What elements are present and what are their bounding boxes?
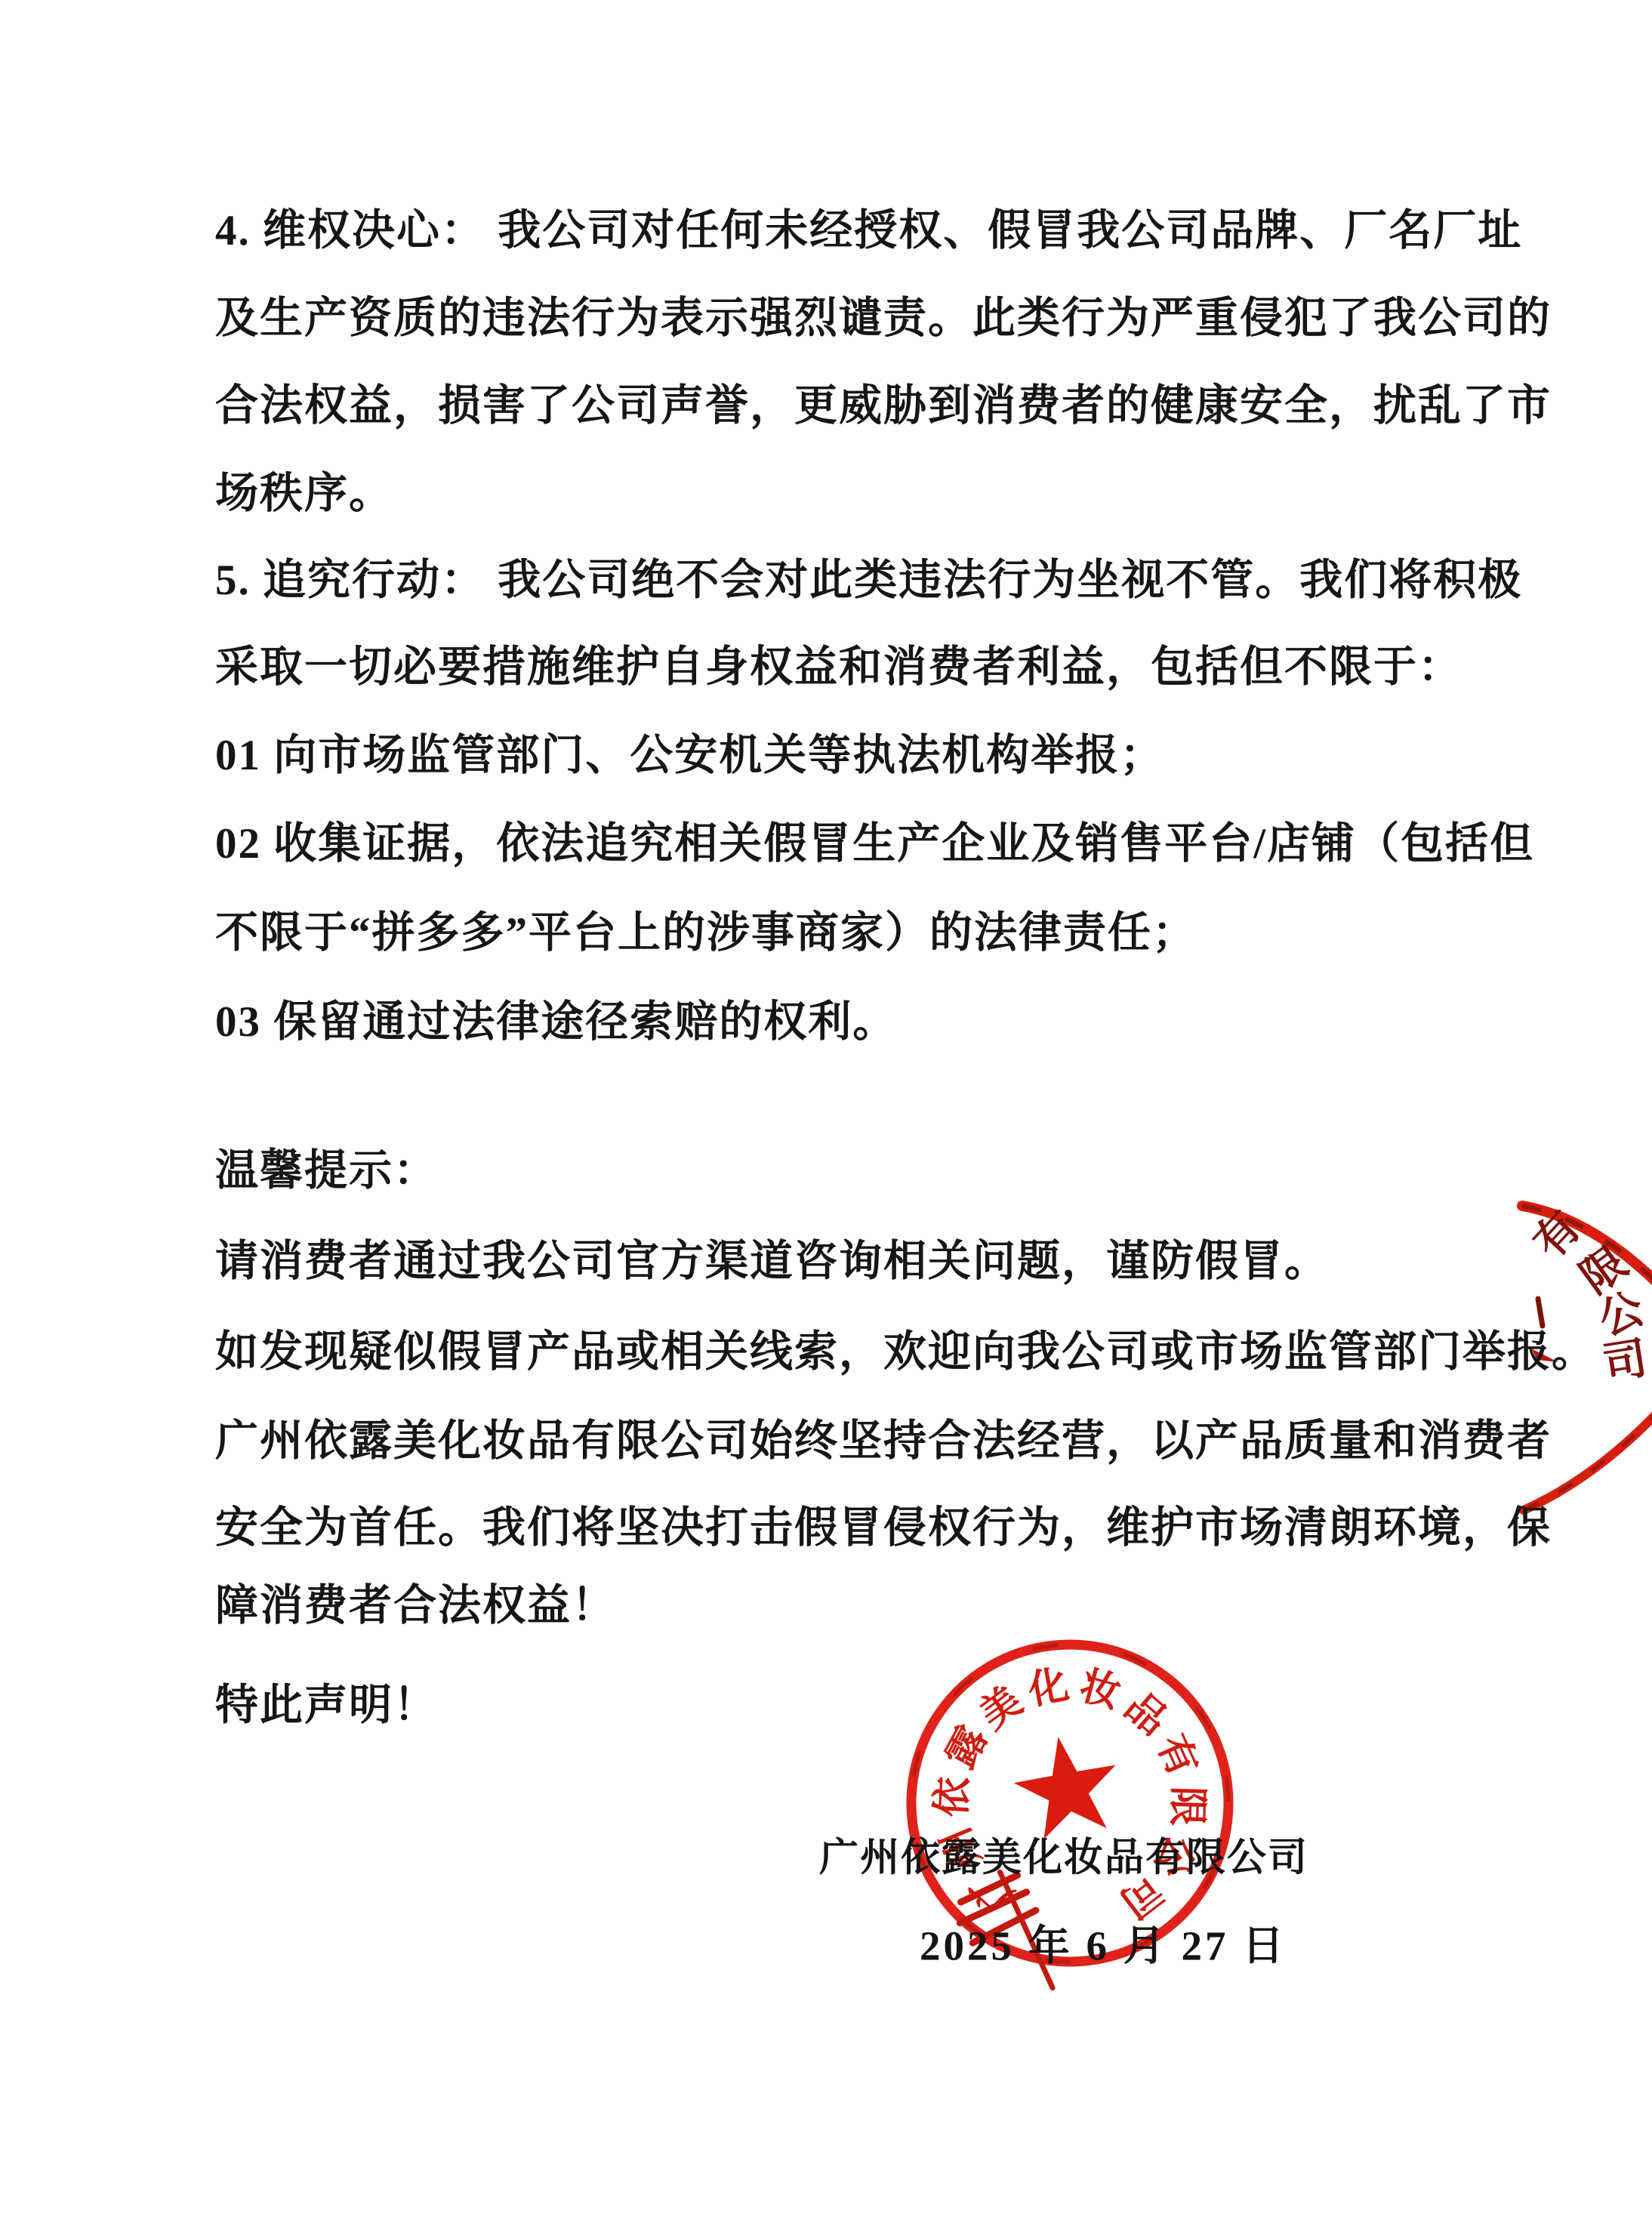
- list-item-02-wrap: 不限于“拼多多”平台上的涉事商家）的法律责任；: [215, 898, 1197, 960]
- tips-line: 广州依露美化妆品有限公司始终坚持合法经营，以产品质量和消费者: [215, 1406, 1552, 1468]
- paragraph-line: 合法权益，损害了公司声誉，更威胁到消费者的健康安全，扰乱了市: [215, 371, 1552, 433]
- svg-text:露: 露: [938, 1719, 996, 1775]
- company-signature: 广州依露美化妆品有限公司: [819, 1826, 1308, 1882]
- partial-seal-top-arc-texture: [1522, 1206, 1652, 1284]
- declaration-line: 特此声明！: [215, 1670, 438, 1732]
- paragraph-line: 及生产资质的违法行为表示强烈谴责。此类行为严重侵犯了我公司的: [215, 283, 1552, 345]
- svg-text:美: 美: [972, 1679, 1031, 1738]
- tips-line: 如发现疑似假冒产品或相关线索，欢迎向我公司或市场监管部门举报。: [215, 1317, 1596, 1379]
- svg-text:有: 有: [1524, 1202, 1590, 1268]
- paragraph-line: 5. 追究行动： 我公司绝不会对此类违法行为坐视不管。我们将积极: [215, 545, 1522, 607]
- partial-seal-top-arc: [1522, 1206, 1652, 1284]
- tips-heading: 温馨提示：: [215, 1136, 438, 1198]
- tips-line: 安全为首任。我们将坚决打击假冒侵权行为，维护市场清朗环境，保: [215, 1493, 1552, 1555]
- list-item-02: 02 收集证据，依法追究相关假冒生产企业及销售平台/店铺（包括但: [215, 809, 1534, 871]
- paragraph-line: 场秩序。: [215, 458, 393, 520]
- svg-text:品: 品: [1117, 1685, 1176, 1744]
- svg-text:司: 司: [1599, 1333, 1650, 1389]
- signature-date: 2025 年 6 月 27 日: [920, 1913, 1287, 1972]
- svg-text:有: 有: [1148, 1728, 1205, 1783]
- svg-text:依: 依: [929, 1776, 976, 1818]
- list-item-01: 01 向市场监管部门、公安机关等执法机构举报；: [215, 720, 1164, 782]
- list-item-03: 03 保留通过法律途径索赔的权利。: [215, 987, 897, 1049]
- svg-text:公: 公: [1592, 1283, 1650, 1345]
- tips-line: 请消费者通过我公司官方渠道咨询相关问题，谨防假冒。: [215, 1226, 1329, 1288]
- svg-text:化: 化: [1024, 1662, 1072, 1713]
- paragraph-line: 4. 维权决心： 我公司对任何未经授权、假冒我公司品牌、厂名厂址: [215, 196, 1522, 257]
- svg-text:妆: 妆: [1075, 1663, 1125, 1716]
- paragraph-line: 采取一切必要措施维护自身权益和消费者利益，包括但不限于：: [215, 632, 1462, 694]
- seal-ring-text: 广州依露美化妆品有限公司: [907, 1641, 1231, 1958]
- document-page: 广州依露美化妆品有限公司 有限公司 4. 维权决心： 我公司对任何未经授权、假冒…: [0, 0, 1652, 2229]
- svg-text:限: 限: [1164, 1786, 1209, 1827]
- tips-line: 障消费者合法权益！: [215, 1571, 616, 1632]
- svg-text:限: 限: [1572, 1238, 1636, 1303]
